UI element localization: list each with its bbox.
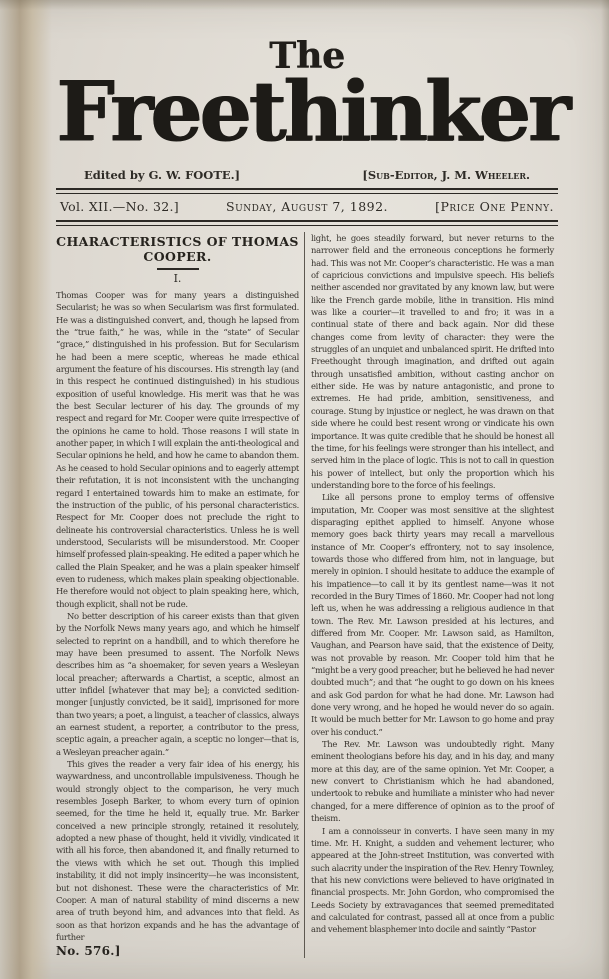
article-paragraph: I am a connoisseur in converts. I have s… xyxy=(311,825,554,936)
scan-edge-right xyxy=(601,0,609,979)
editor-line: Edited by G. W. FOOTE.] [Sub-Editor, J. … xyxy=(84,168,530,182)
article-paragraph: This gives the reader a very fair idea o… xyxy=(56,758,299,943)
article-paragraph: No better description of his career exis… xyxy=(56,610,299,758)
issue-line: Vol. XII.—No. 32.] Sunday, August 7, 189… xyxy=(56,196,558,218)
masthead-title: Freethinker xyxy=(56,70,558,154)
article-columns: CHARACTERISTICS OF THOMAS COOPER. I. Tho… xyxy=(56,232,558,958)
scanned-newspaper-page: The Freethinker Edited by G. W. FOOTE.] … xyxy=(0,0,609,979)
rule-above-issue-line xyxy=(56,188,558,194)
left-column-text: Thomas Cooper was for many years a disti… xyxy=(56,289,299,943)
article-paragraph: Like all persons prone to employ terms o… xyxy=(311,491,554,738)
book-gutter-shadow xyxy=(0,0,52,979)
left-column: CHARACTERISTICS OF THOMAS COOPER. I. Tho… xyxy=(56,232,299,958)
edited-by-label: Edited by G. W. FOOTE.] xyxy=(84,168,240,182)
headline-divider xyxy=(157,268,199,270)
column-divider-rule xyxy=(304,232,305,958)
page-content: The Freethinker Edited by G. W. FOOTE.] … xyxy=(56,30,558,958)
volume-number: Vol. XII.—No. 32.] xyxy=(60,199,179,214)
right-column-text: light, he goes steadily forward, but nev… xyxy=(311,232,554,936)
article-paragraph: The Rev. Mr. Lawson was undoubtedly righ… xyxy=(311,738,554,824)
article-paragraph: Thomas Cooper was for many years a disti… xyxy=(56,289,299,610)
article-headline: CHARACTERISTICS OF THOMAS COOPER. xyxy=(56,234,299,264)
sub-editor-label: [Sub-Editor, J. M. Wheeler. xyxy=(362,168,530,182)
right-column: light, he goes steadily forward, but nev… xyxy=(311,232,554,958)
section-numeral: I. xyxy=(56,272,299,285)
issue-number-footer: No. 576.] xyxy=(56,944,299,958)
article-paragraph: light, he goes steadily forward, but nev… xyxy=(311,232,554,491)
issue-date: Sunday, August 7, 1892. xyxy=(226,199,388,214)
scan-edge-top xyxy=(0,0,609,10)
issue-price: [Price One Penny. xyxy=(435,199,554,214)
rule-below-issue-line xyxy=(56,220,558,226)
